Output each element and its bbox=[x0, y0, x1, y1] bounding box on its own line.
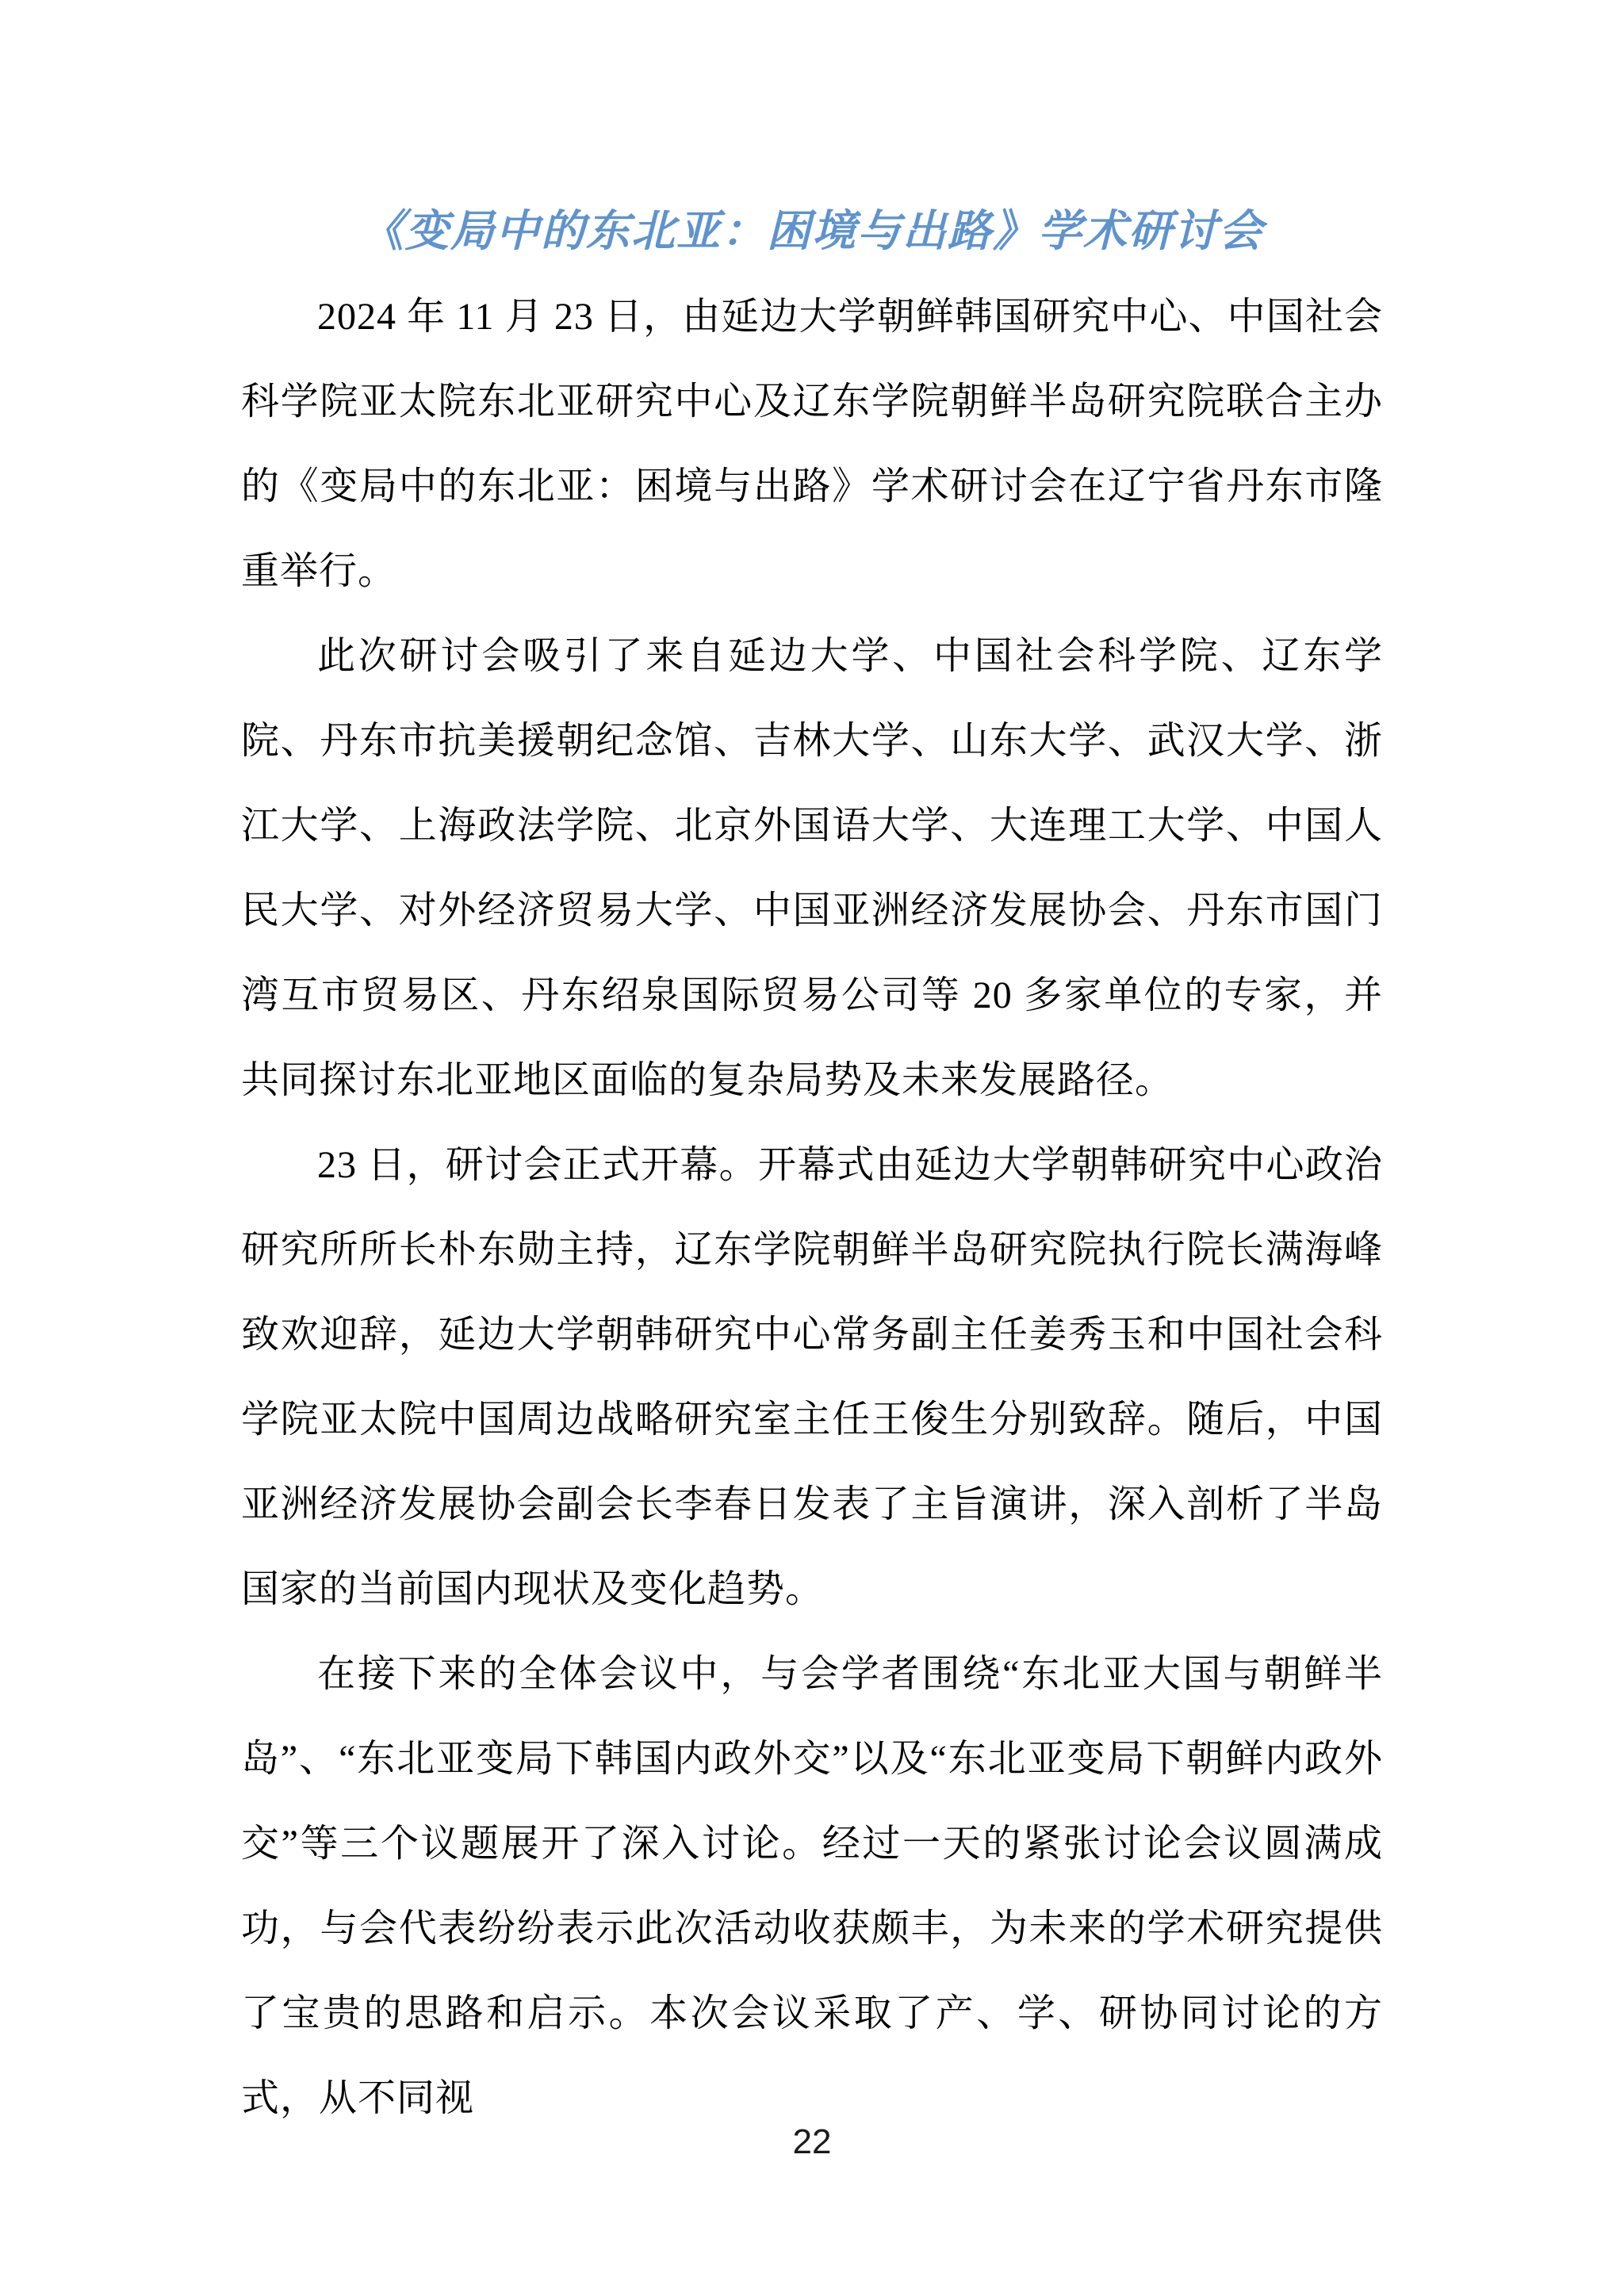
document-page: 《变局中的东北亚：困境与出路》学术研讨会 2024 年 11 月 23 日，由延… bbox=[0, 0, 1624, 2296]
paragraph: 23 日，研讨会正式开幕。开幕式由延边大学朝韩研究中心政治研究所所长朴东勋主持，… bbox=[241, 1123, 1383, 1632]
document-content: 《变局中的东北亚：困境与出路》学术研讨会 2024 年 11 月 23 日，由延… bbox=[241, 189, 1383, 2141]
paragraph: 在接下来的全体会议中，与会学者围绕“东北亚大国与朝鲜半岛”、“东北亚变局下韩国内… bbox=[241, 1632, 1383, 2141]
paragraph: 此次研讨会吸引了来自延边大学、中国社会科学院、辽东学院、丹东市抗美援朝纪念馆、吉… bbox=[241, 614, 1383, 1123]
document-title: 《变局中的东北亚：困境与出路》学术研讨会 bbox=[241, 189, 1383, 274]
paragraph: 2024 年 11 月 23 日，由延边大学朝鲜韩国研究中心、中国社会科学院亚太… bbox=[241, 274, 1383, 614]
page-number: 22 bbox=[0, 2125, 1624, 2160]
